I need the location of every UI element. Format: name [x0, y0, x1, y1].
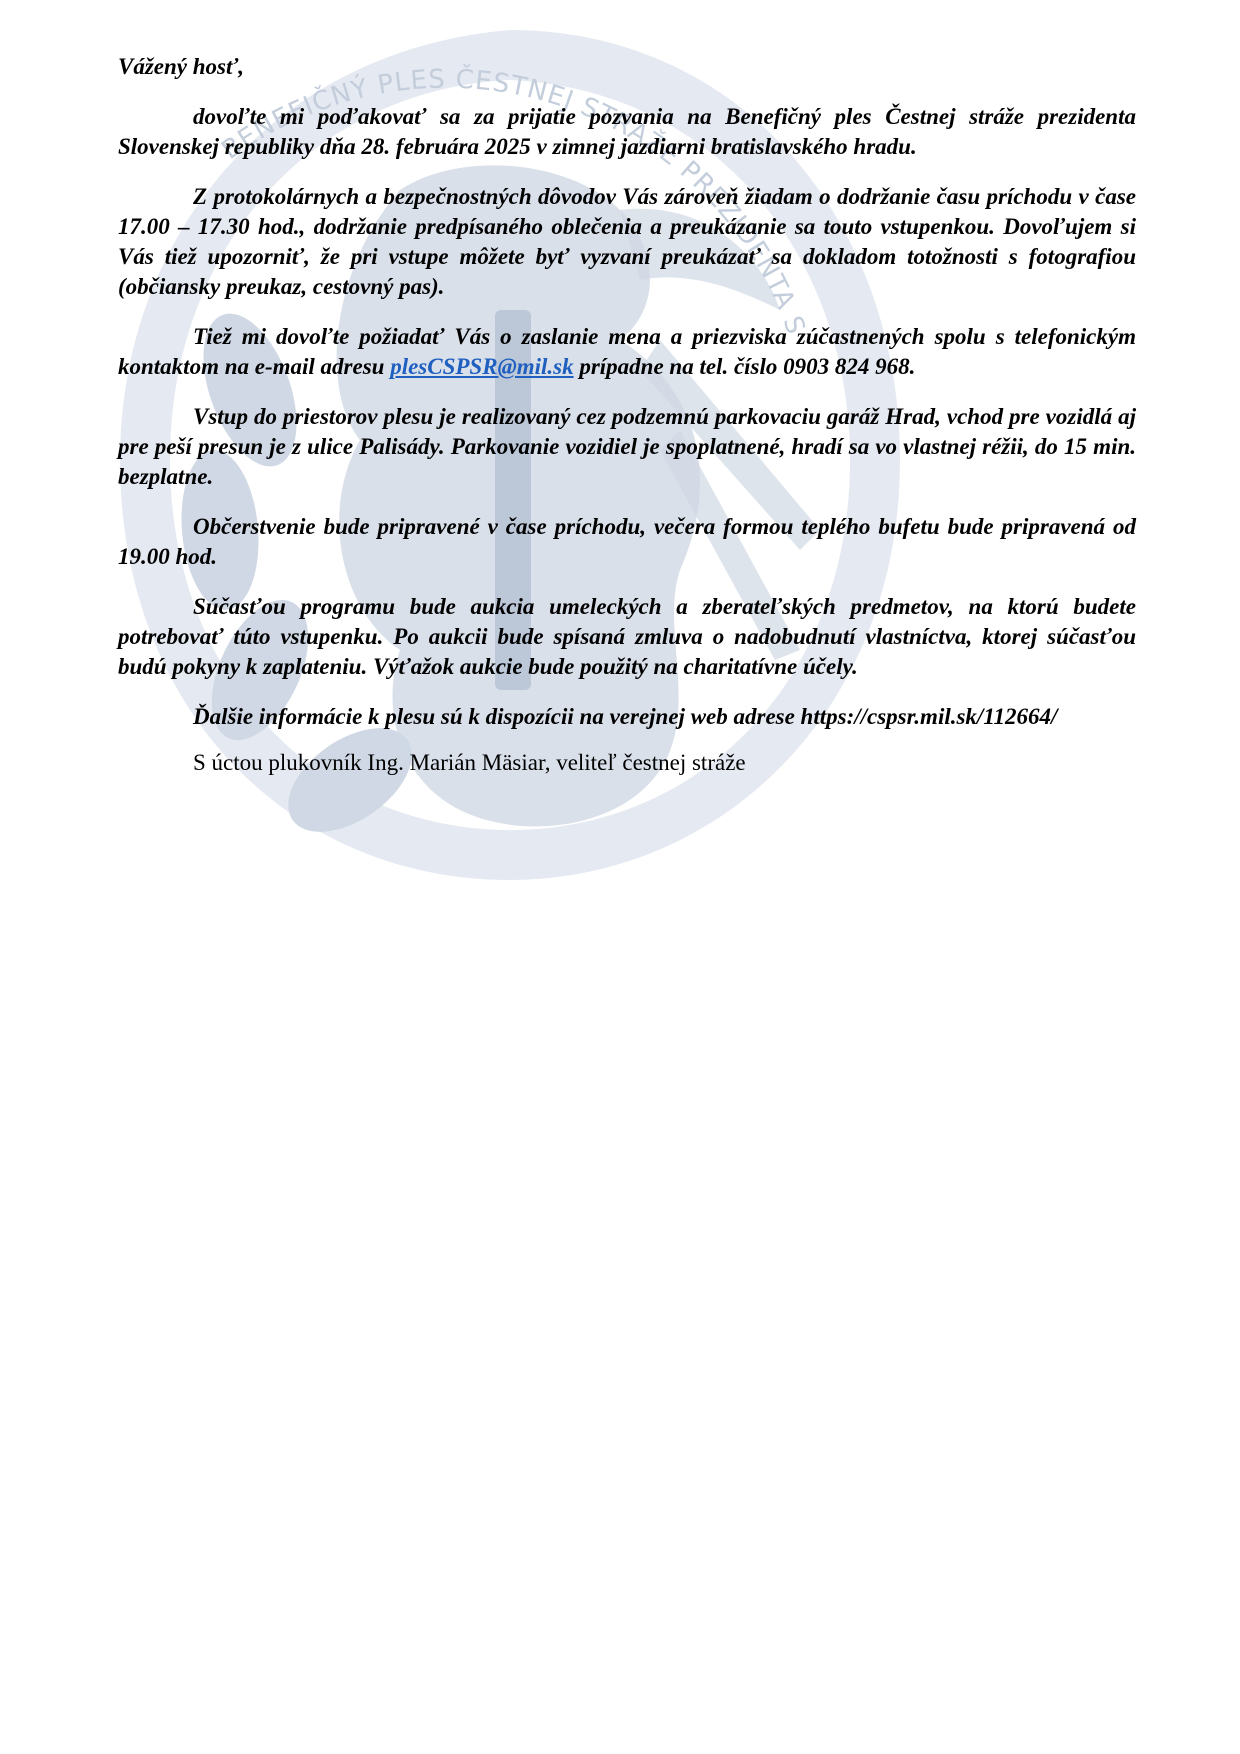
letter-body: Vážený hosť, dovoľte mi poďakovať sa za … [118, 52, 1136, 778]
paragraph-invitation-thanks: dovoľte mi poďakovať sa za prijatie pozv… [118, 102, 1136, 162]
paragraph-contact-request: Tiež mi dovoľte požiadať Vás o zaslanie … [118, 322, 1136, 382]
info-line: Ďalšie informácie k plesu sú k dispozíci… [118, 702, 1136, 732]
email-link[interactable]: plesCSPSR@mil.sk [390, 354, 573, 379]
paragraph-parking: Vstup do priestorov plesu je realizovaný… [118, 402, 1136, 492]
contact-text-after: prípadne na tel. číslo 0903 824 968. [574, 354, 916, 379]
signature: S úctou plukovník Ing. Marián Mäsiar, ve… [118, 748, 1136, 778]
salutation: Vážený hosť, [118, 52, 1136, 82]
document-page: BENEFIČNÝ PLES ČESTNEJ STRÁŽE PREZIDENTA… [0, 0, 1240, 1754]
paragraph-auction: Súčasťou programu bude aukcia umeleckých… [118, 592, 1136, 682]
paragraph-refreshments: Občerstvenie bude pripravené v čase príc… [118, 512, 1136, 572]
paragraph-arrival-requirements: Z protokolárnych a bezpečnostných dôvodo… [118, 182, 1136, 302]
